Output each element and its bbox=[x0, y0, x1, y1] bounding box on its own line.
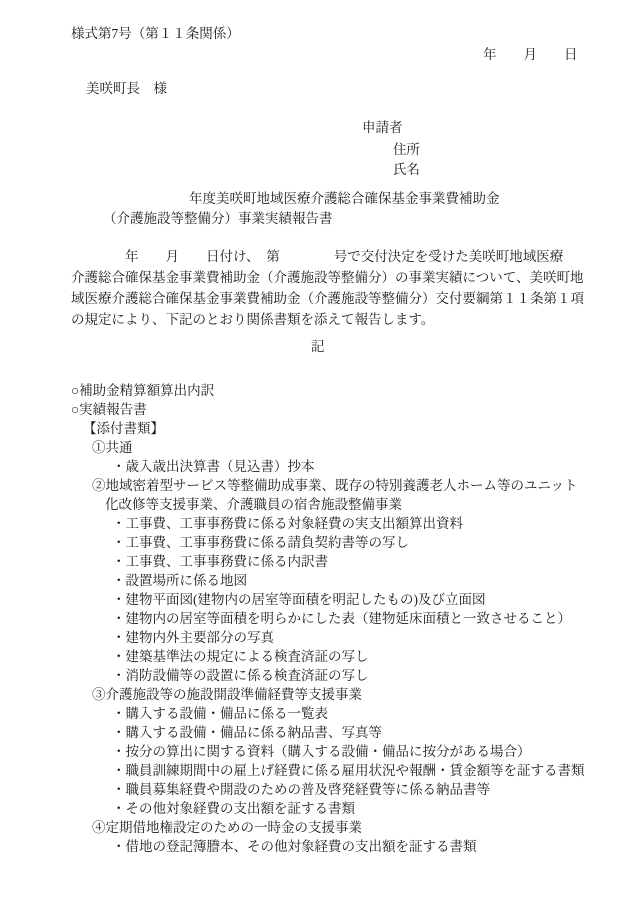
document-title-line-1: 年度美咲町地域医療介護総合確保基金事業費補助金 bbox=[189, 190, 500, 207]
body-line: 介護総合確保基金事業費補助金（介護施設等整備分）の事業実績について、美咲町地 bbox=[71, 269, 583, 286]
attachment-line: ・その他対象経費の支出額を証する書類 bbox=[112, 800, 355, 817]
attachment-line: ・歳入歳出決算書（見込書）抄本 bbox=[112, 458, 315, 475]
attachment-line: ・消防設備等の設置に係る検査済証の写し bbox=[112, 667, 369, 684]
attachment-line: ・工事費、工事事務費に係る対象経費の実支出額算出資料 bbox=[112, 515, 463, 532]
attachment-line: ・建築基準法の規定による検査済証の写し bbox=[112, 648, 369, 665]
ki-marker: 記 bbox=[311, 338, 325, 355]
attachment-line: 化改修等支援事業、介護職員の宿舎施設整備事業 bbox=[105, 496, 402, 513]
attachment-line: ・借地の登記簿謄本、その他対象経費の支出額を証する書類 bbox=[112, 838, 477, 855]
body-line: の規定により、下記のとおり関係書類を添えて報告します。 bbox=[71, 311, 434, 328]
attachment-line: ・工事費、工事事務費に係る請負契約書等の写し bbox=[112, 534, 409, 551]
document-title-line-2: （介護施設等整備分）事業実績報告書 bbox=[103, 210, 333, 227]
addressee: 美咲町長 様 bbox=[86, 80, 167, 97]
attachment-line: ・建物内の居室等面積を明らかにした表（建物延床面積と一致させること） bbox=[112, 610, 571, 627]
attachment-line: ②地域密着型サービス等整備助成事業、既存の特別養護老人ホーム等のユニット bbox=[92, 477, 577, 494]
form-number: 様式第7号（第１１条関係） bbox=[71, 25, 240, 42]
attachment-line: 【添付書類】 bbox=[83, 420, 164, 437]
attachment-line: ・建物平面図(建物内の居室等面積を明記したもの)及び立面図 bbox=[112, 591, 486, 608]
attachment-line: ・按分の算出に関する資料（購入する設備・備品に按分がある場合） bbox=[112, 743, 531, 760]
applicant-label: 申請者 bbox=[362, 119, 403, 136]
attachment-line: ④定期借地権設定のための一時金の支援事業 bbox=[92, 819, 362, 836]
attachment-line: ①共通 bbox=[92, 439, 133, 456]
attachment-line: ・工事費、工事事務費に係る内訳書 bbox=[112, 553, 328, 570]
attachment-line: ・職員訓練期間中の雇上げ経費に係る雇用状況や報酬・賃金額等を証する書類 bbox=[112, 762, 585, 779]
attachment-line: ・設置場所に係る地図 bbox=[112, 572, 247, 589]
body-line: 年 月 日付け、 第 号で交付決定を受けた美咲町地域医療 bbox=[71, 248, 563, 265]
attachment-line: ○実績報告書 bbox=[71, 401, 147, 418]
document-page: 様式第7号（第１１条関係） 年 月 日 美咲町長 様 申請者 住所 氏名 年度美… bbox=[0, 0, 630, 903]
attachment-line: ・建物内外主要部分の写真 bbox=[112, 629, 274, 646]
attachment-line: ③介護施設等の施設開設準備経費等支援事業 bbox=[92, 686, 362, 703]
attachment-line: ・購入する設備・備品に係る一覧表 bbox=[112, 705, 328, 722]
attachment-line: ○補助金精算額算出内訳 bbox=[71, 382, 214, 399]
date-blank-line: 年 月 日 bbox=[483, 46, 578, 63]
applicant-address-label: 住所 bbox=[393, 141, 420, 158]
attachment-line: ・購入する設備・備品に係る納品書、写真等 bbox=[112, 724, 382, 741]
attachment-line: ・職員募集経費や開設のための普及啓発経費等に係る納品書等 bbox=[112, 781, 490, 798]
body-line: 域医療介護総合確保基金事業費補助金（介護施設等整備分）交付要綱第１１条第１項 bbox=[71, 290, 584, 307]
applicant-name-label: 氏名 bbox=[393, 161, 420, 178]
